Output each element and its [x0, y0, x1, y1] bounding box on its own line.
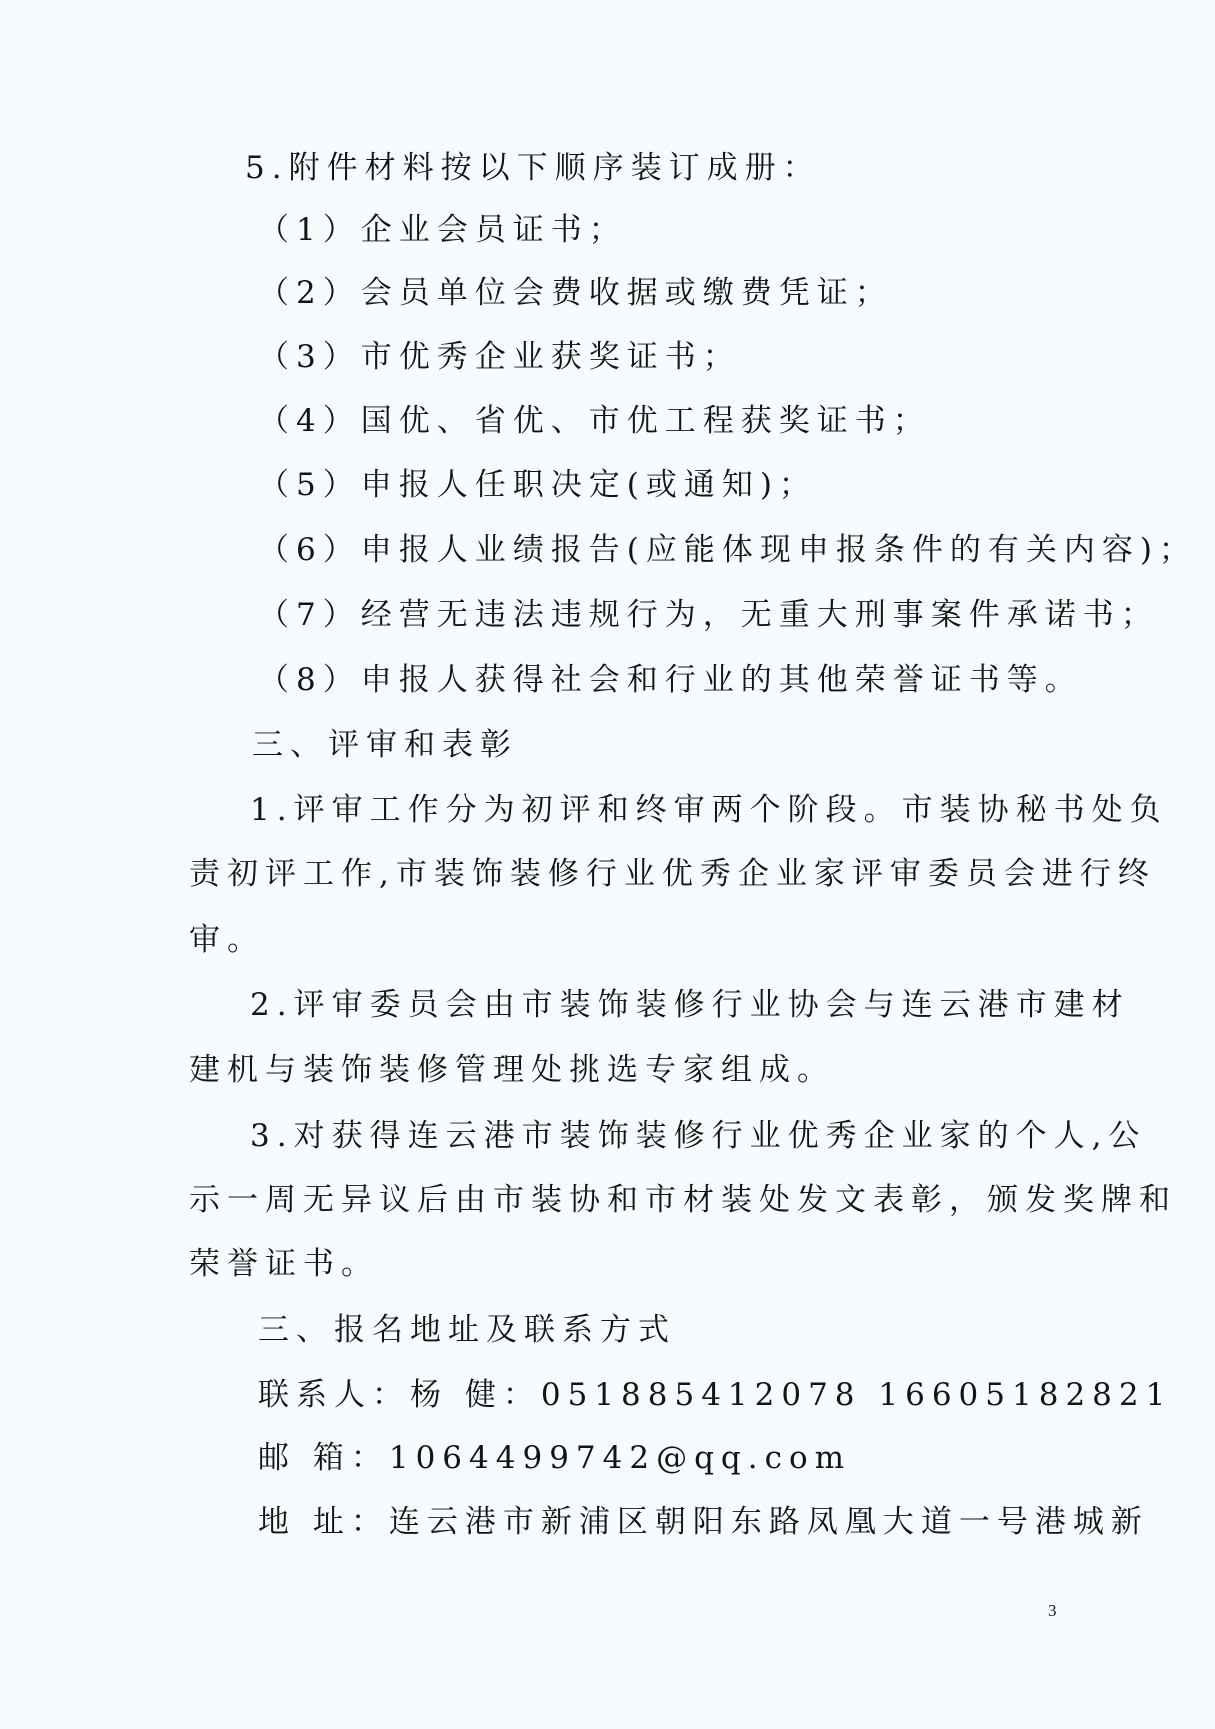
- text-line: （5）申报人任职决定(或通知)；: [258, 465, 817, 505]
- page-number: 3: [1048, 1601, 1057, 1621]
- text-line: （4）国优、省优、市优工程获奖证书；: [258, 401, 931, 441]
- text-line: 三、报名地址及联系方式: [258, 1310, 676, 1350]
- text-line: （7）经营无违法违规行为，无重大刑事案件承诺书；: [258, 595, 1159, 635]
- text-line: 责初评工作,市装饰装修行业优秀企业家评审委员会进行终: [189, 854, 1156, 894]
- text-line: （8）申报人获得社会和行业的其他荣誉证书等。: [258, 660, 1083, 700]
- text-line: 三、评审和表彰: [252, 725, 518, 765]
- text-line: 2.评审委员会由市装饰装修行业协会与连云港市建材: [250, 985, 1130, 1025]
- text-line: 地 址：连云港市新浦区朝阳东路凤凰大道一号港城新: [258, 1502, 1149, 1542]
- text-line: 5.附件材料按以下顺序装订成册：: [245, 148, 821, 188]
- text-line: 建机与装饰装修管理处挑选专家组成。: [189, 1050, 835, 1090]
- text-line: 示一周无异议后由市装协和市材装处发文表彰，颁发奖牌和: [189, 1180, 1177, 1220]
- text-line: 邮 箱：1064499742@qq.com: [258, 1438, 851, 1478]
- text-line: （2）会员单位会费收据或缴费凭证；: [258, 273, 893, 313]
- text-line: （3）市优秀企业获奖证书；: [258, 337, 741, 377]
- text-line: 联系人：杨 健：051885412078 16605182821: [258, 1375, 1172, 1415]
- text-line: 荣誉证书。: [189, 1244, 379, 1284]
- text-line: 3.对获得连云港市装饰装修行业优秀企业家的个人,公: [250, 1116, 1146, 1156]
- text-line: 1.评审工作分为初评和终审两个阶段。市装协秘书处负: [250, 790, 1168, 830]
- text-line: （6）申报人业绩报告(应能体现申报条件的有关内容)；: [258, 530, 1197, 570]
- text-line: 审。: [189, 920, 265, 960]
- text-line: （1）企业会员证书；: [258, 210, 627, 250]
